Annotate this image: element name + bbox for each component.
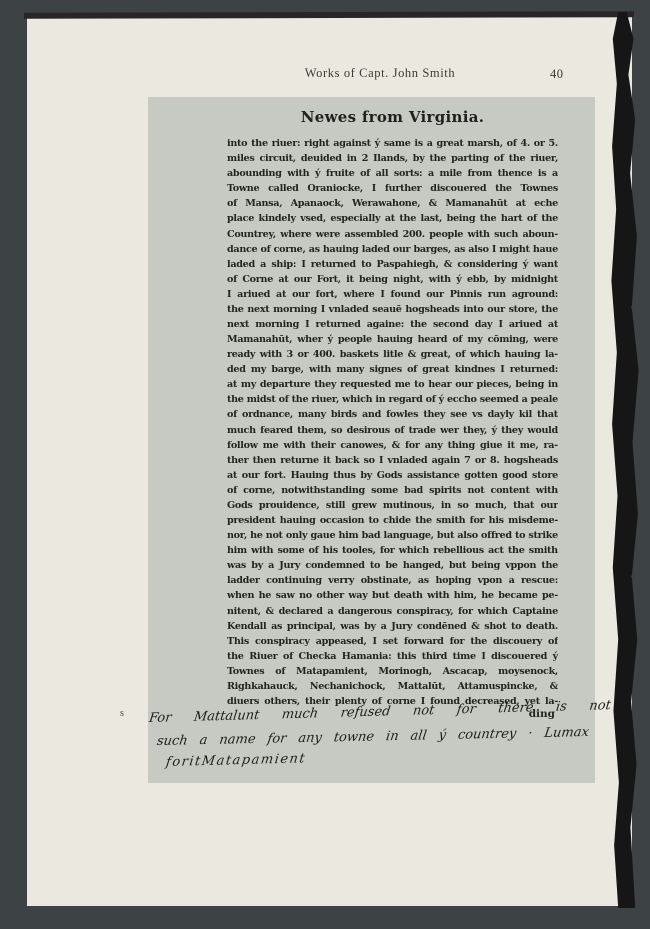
facsimile-text-line: TownecalledOraniocke,Ifurtherdiscoueredt… (227, 179, 558, 194)
facsimile-text-line: nitent,&declaredadangerousconspiracy,for… (227, 601, 558, 616)
facsimile-text-line: Righkahauck,Nechanichock,Mattalūt,Attamu… (227, 677, 558, 692)
facsimile-text-line: milescircuit,deuidedin2Ilands,bytheparti… (227, 149, 558, 164)
facsimile-text-line: placekindelyvsed,especiallyatthelast,bei… (227, 209, 558, 224)
photo-of-book-page: Works of Capt. John Smith 40 Newes from … (0, 0, 650, 929)
facsimile-text-line: wasbyaJurycondemnedtobehanged,butbeingvp… (227, 556, 558, 571)
facsimile-text-line: Thisconspiracyappeased,Isetforwardforthe… (227, 632, 558, 647)
facsimile-text-line: therthenreturneitbacksoIvnladedagain7or8… (227, 451, 558, 466)
facsimile-text-line: diuersothers,theirplentyofcorneIfounddec… (227, 692, 558, 707)
facsimile-text-line: ladedaship:IreturnedtoPaspahiegh,&consid… (227, 255, 558, 270)
facsimile-text-line: intotheriuer:rightagainstýsameisagreatma… (227, 134, 558, 149)
facsimile-text-line: ofcorne,notwithstandingsomebadspiritsnot… (227, 481, 558, 496)
facsimile-text-line: TownesofMatapamient,Morinogh,Ascacap,moy… (227, 662, 558, 677)
facsimile-text-line: dedmybarge,withmanysignesofgreatkindnesI… (227, 360, 558, 375)
facsimile-text-line: Godsprouidence,stillgrewmutinous,insomuc… (227, 496, 558, 511)
page-number: 40 (550, 67, 584, 82)
facsimile-text-line: readywith3or400.basketslitle&great,ofwhi… (227, 345, 558, 360)
facsimile-block: Newes from Virginia. intotheriuer:righta… (148, 97, 595, 783)
facsimile-text-line: aboundingwithýfruiteofallsorts:amilefrom… (227, 164, 558, 179)
facsimile-text-line: ofordnance,manybirdsandfowlestheyseevsda… (227, 405, 558, 420)
facsimile-text-line: Countrey,wherewereassembled200.peoplewit… (227, 224, 558, 239)
facsimile-text-line: presidenthauingoccasiontochidethesmithfo… (227, 511, 558, 526)
catchword: ding (227, 708, 555, 720)
facsimile-body-text: intotheriuer:rightagainstýsameisagreatma… (227, 134, 558, 707)
facsimile-text-line: theRiuerofCheckaHamania:thisthirdtimeIdi… (227, 647, 558, 662)
facsimile-title: Newes from Virginia. (227, 108, 558, 126)
facsimile-text-line: nextmorningIreturnedagaine:theseconddayI… (227, 315, 558, 330)
facsimile-text-line: followmewiththeircanowes,&foranythinggiu… (227, 436, 558, 451)
facsimile-text-line: whenhesawnootherwaybutdeathwithhim,hebec… (227, 586, 558, 601)
facsimile-text-line: nor,henotonlygauehimbadlanguage,butalsoo… (227, 526, 558, 541)
facsimile-text-line: laddercontinuingverryobstinate,ashopingv… (227, 571, 558, 586)
facsimile-text-line: atmydeparturetheyrequestedmetohearourpie… (227, 375, 558, 390)
running-head: Works of Capt. John Smith (230, 66, 530, 81)
facsimile-text-line: themidstoftheriuer,whichinregardofýeccho… (227, 390, 558, 405)
facsimile-text-line: danceofcorne,ashauingladedourbarges,asal… (227, 240, 558, 255)
facsimile-text-line: atourfort.HauingthusbyGodsassistancegott… (227, 466, 558, 481)
facsimile-text-line: thenextmorningIvnladedseauēhogsheadsinto… (227, 300, 558, 315)
facsimile-text-line: Iariuedatourfort,whereIfoundourPinnisrun… (227, 285, 558, 300)
facsimile-text-line: himwithsomeofhistooles,forwhichrebelliou… (227, 541, 558, 556)
facsimile-text-line: Mamanahūt,wherýpeoplehauingheardofmycōmi… (227, 330, 558, 345)
facsimile-text-line: ofCorneatourFort,itbeingnight,withýebb,b… (227, 270, 558, 285)
signature-mark: s (120, 708, 124, 719)
facsimile-text-line: muchfearedthem,sodesirousoftradewerthey,… (227, 420, 558, 435)
facsimile-text-line: Kendallasprincipal,wasbyaJurycondēned&sh… (227, 617, 558, 632)
facsimile-text-line: ofMansa,Apanaock,Werawahone,&Mamanahūtat… (227, 194, 558, 209)
